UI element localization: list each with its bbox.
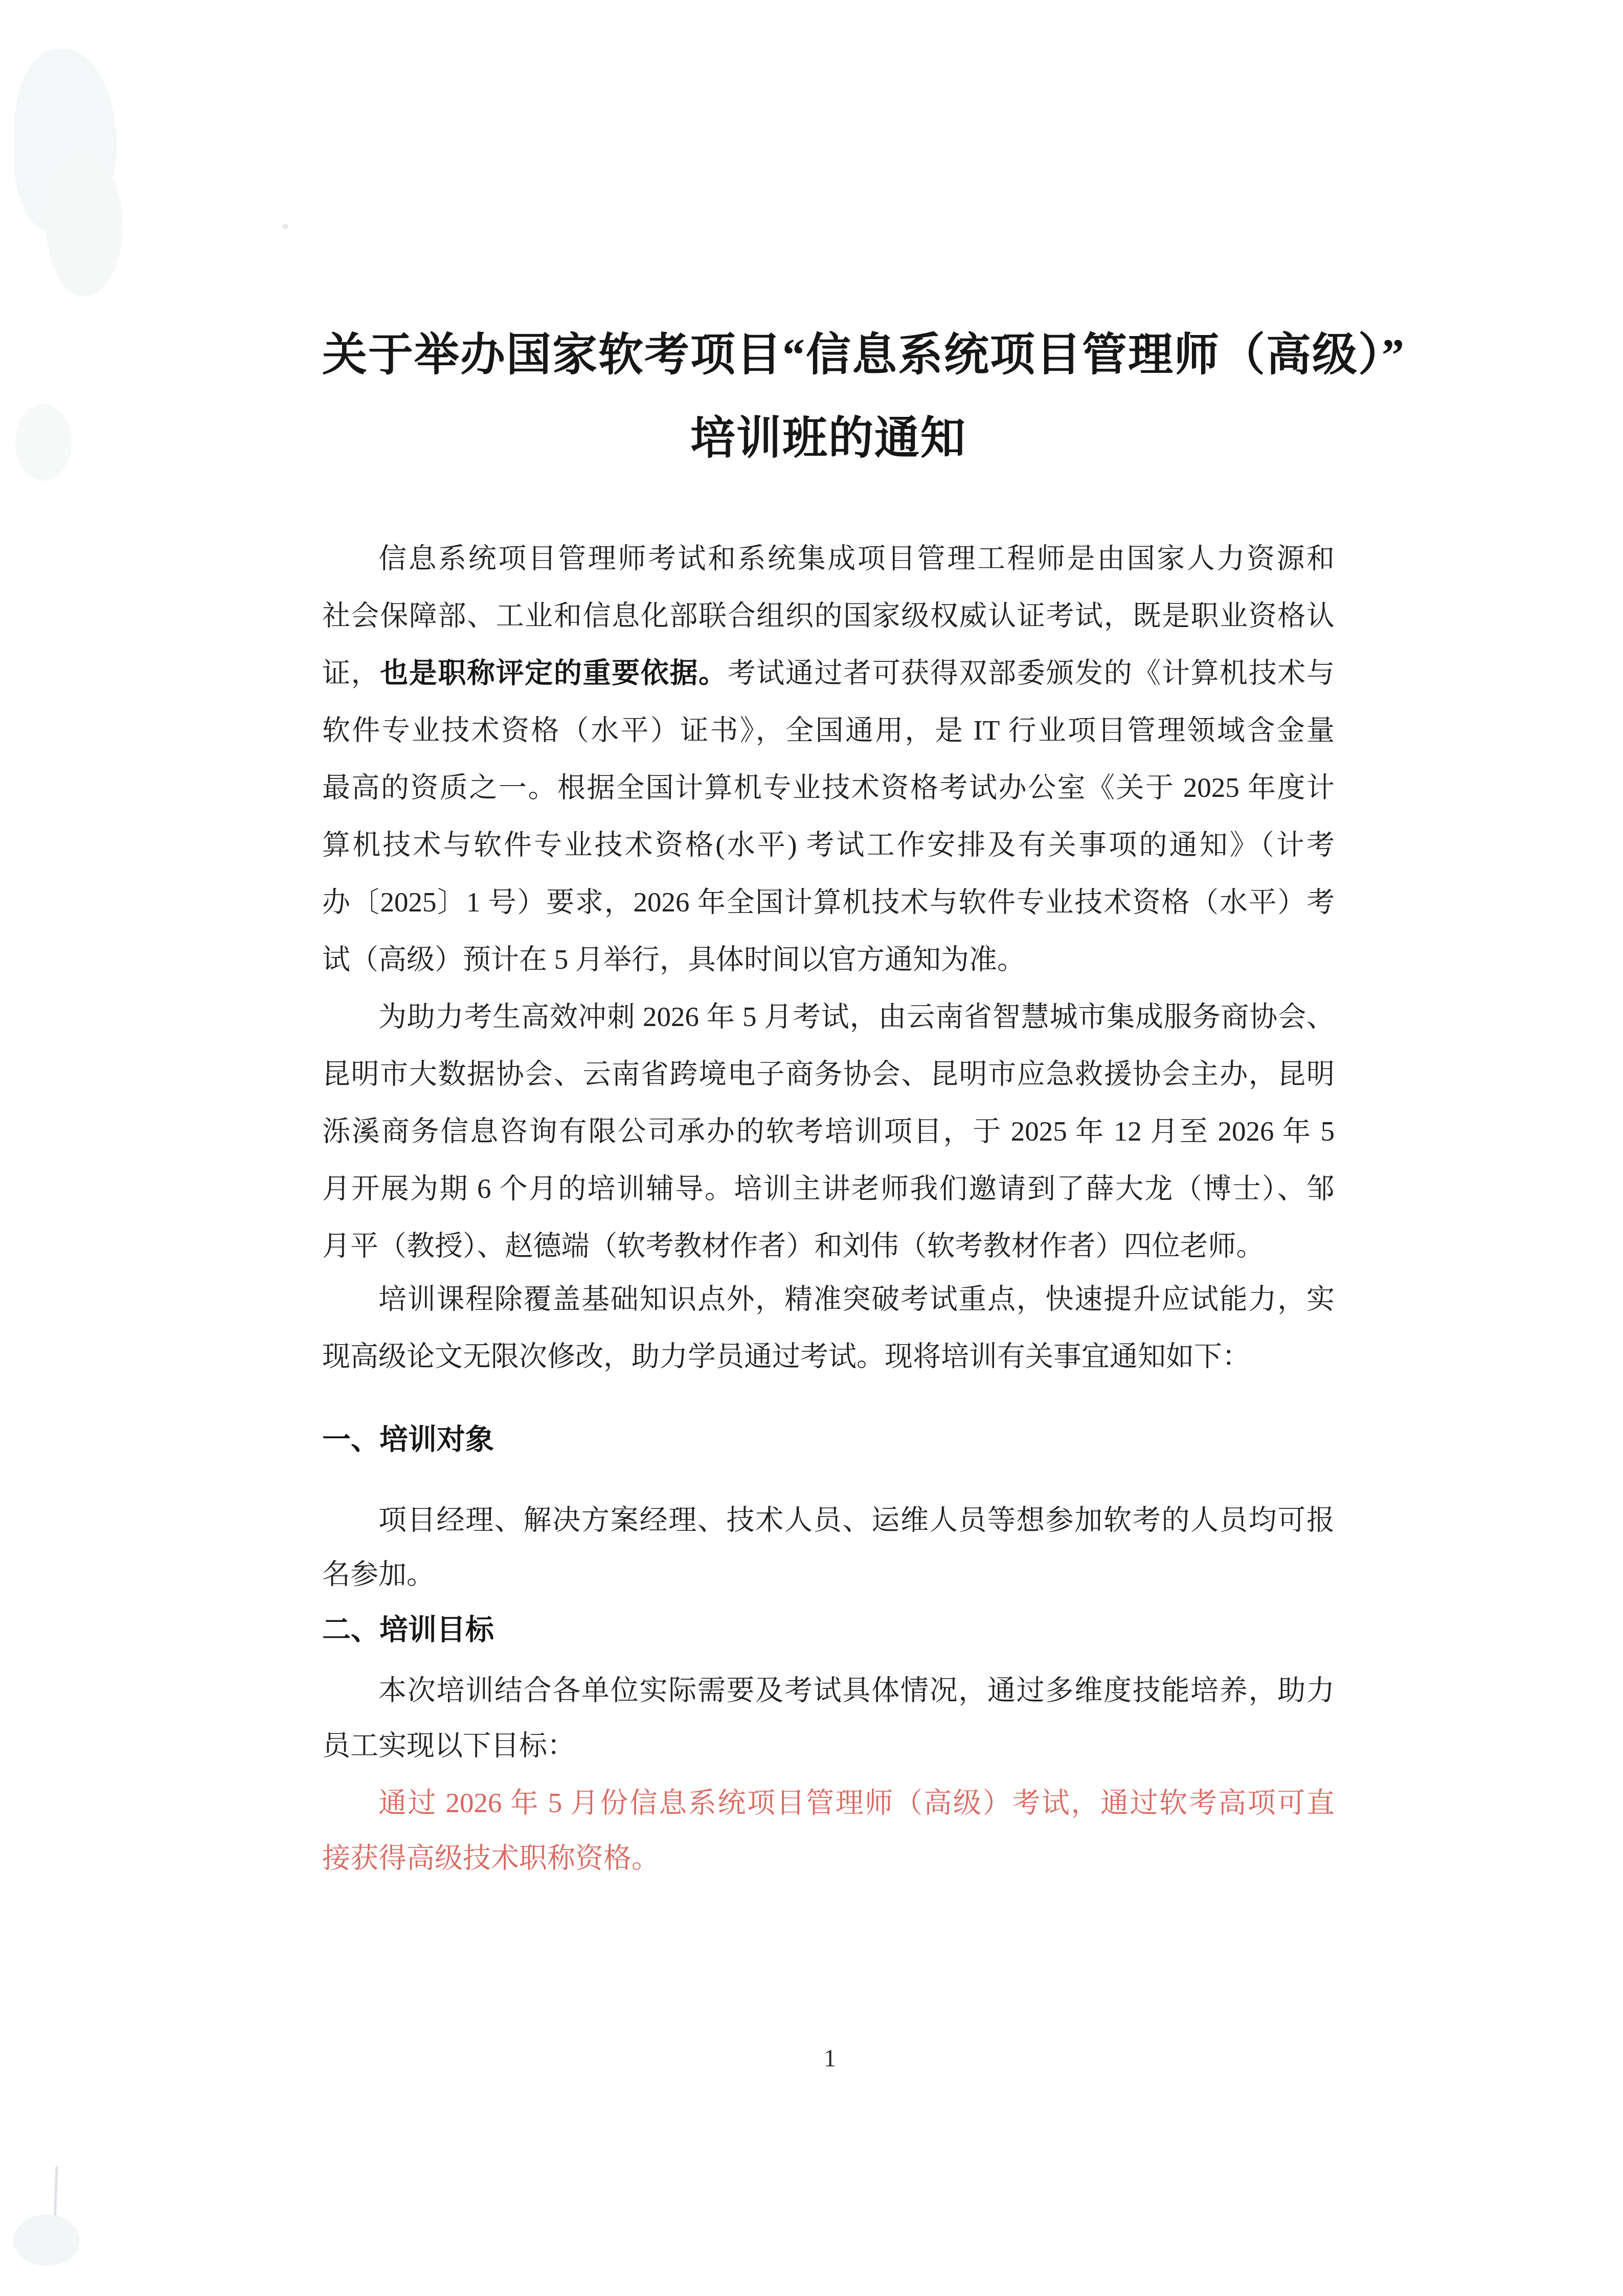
para1-line4: 软件专业技术资格（水平）证书》，全国通用，是 IT 行业项目管理领域含金量 <box>322 702 1335 759</box>
para1-line3: 证，也是职称评定的重要依据。考试通过者可获得双部委颁发的《计算机技术与 <box>322 644 1335 702</box>
para1-line7: 办〔2025〕1 号）要求，2026 年全国计算机技术与软件专业技术资格（水平）… <box>322 874 1335 931</box>
page-number: 1 <box>799 2041 861 2077</box>
scan-streak-bottom-left <box>53 2166 58 2239</box>
para1-line2: 社会保障部、工业和信息化部联合组织的国家级权威认证考试，既是职业资格认 <box>322 587 1335 644</box>
para2-line2: 昆明市大数据协会、云南省跨境电子商务协会、昆明市应急救援协会主办，昆明 <box>322 1045 1335 1103</box>
para3-line1: 培训课程除覆盖基础知识点外，精准突破考试重点，快速提升应试能力，实 <box>322 1270 1335 1328</box>
para4-line2: 名参加。 <box>322 1546 1335 1603</box>
para4-line1: 项目经理、解决方案经理、技术人员、运维人员等想参加软考的人员均可报 <box>322 1491 1335 1549</box>
para1-line5: 最高的资质之一。根据全国计算机专业技术资格考试办公室《关于 2025 年度计 <box>322 759 1335 816</box>
scan-smudge-top-left <box>14 49 117 233</box>
section-heading-training-audience: 一、培训对象 <box>322 1411 1335 1468</box>
scan-smudge-bottom-left <box>13 2215 80 2266</box>
para2-line4: 月开展为期 6 个月的培训辅导。培训主讲老师我们邀请到了薛大龙（博士）、邹 <box>322 1160 1335 1217</box>
para1-line3-pre: 证， <box>322 657 380 688</box>
document-title-line-1: 关于举办国家软考项目“信息系统项目管理师（高级）” <box>322 322 1335 389</box>
para2-line1: 为助力考生高效冲刺 2026 年 5 月考试，由云南省智慧城市集成服务商协会、 <box>322 988 1335 1045</box>
scan-smudge-top-left-2 <box>46 153 123 297</box>
para2-line3: 泺溪商务信息咨询有限公司承办的软考培训项目，于 2025 年 12 月至 202… <box>322 1103 1335 1160</box>
scan-dot-artifact <box>282 224 288 229</box>
scan-smudge-left-edge <box>15 404 72 481</box>
para1-line1: 信息系统项目管理师考试和系统集成项目管理工程师是由国家人力资源和 <box>322 530 1335 587</box>
para6-red-line1: 通过 2026 年 5 月份信息系统项目管理师（高级）考试，通过软考高项可直 <box>322 1774 1335 1832</box>
para5-line2: 员工实现以下目标： <box>322 1717 1335 1774</box>
para1-line8: 试（高级）预计在 5 月举行，具体时间以官方通知为准。 <box>322 931 1335 988</box>
para1-line6: 算机技术与软件专业技术资格(水平) 考试工作安排及有关事项的通知》（计考 <box>322 816 1335 874</box>
para1-line3-bold: 也是职称评定的重要依据。 <box>380 657 727 688</box>
section-heading-training-goal: 二、培训目标 <box>322 1601 1335 1659</box>
document-title-line-2: 培训班的通知 <box>322 406 1335 472</box>
para5-line1: 本次培训结合各单位实际需要及考试具体情况，通过多维度技能培养，助力 <box>322 1662 1335 1719</box>
document-page: 关于举办国家软考项目“信息系统项目管理师（高级）” 培训班的通知 信息系统项目管… <box>0 0 1623 2296</box>
para1-line3-post: 考试通过者可获得双部委颁发的《计算机技术与 <box>728 657 1335 688</box>
para6-red-line2: 接获得高级技术职称资格。 <box>322 1830 1335 1887</box>
para2-line5: 月平（教授）、赵德端（软考教材作者）和刘伟（软考教材作者）四位老师。 <box>322 1217 1335 1275</box>
para3-line2: 现高级论文无限次修改，助力学员通过考试。现将培训有关事宜通知如下： <box>322 1328 1335 1385</box>
